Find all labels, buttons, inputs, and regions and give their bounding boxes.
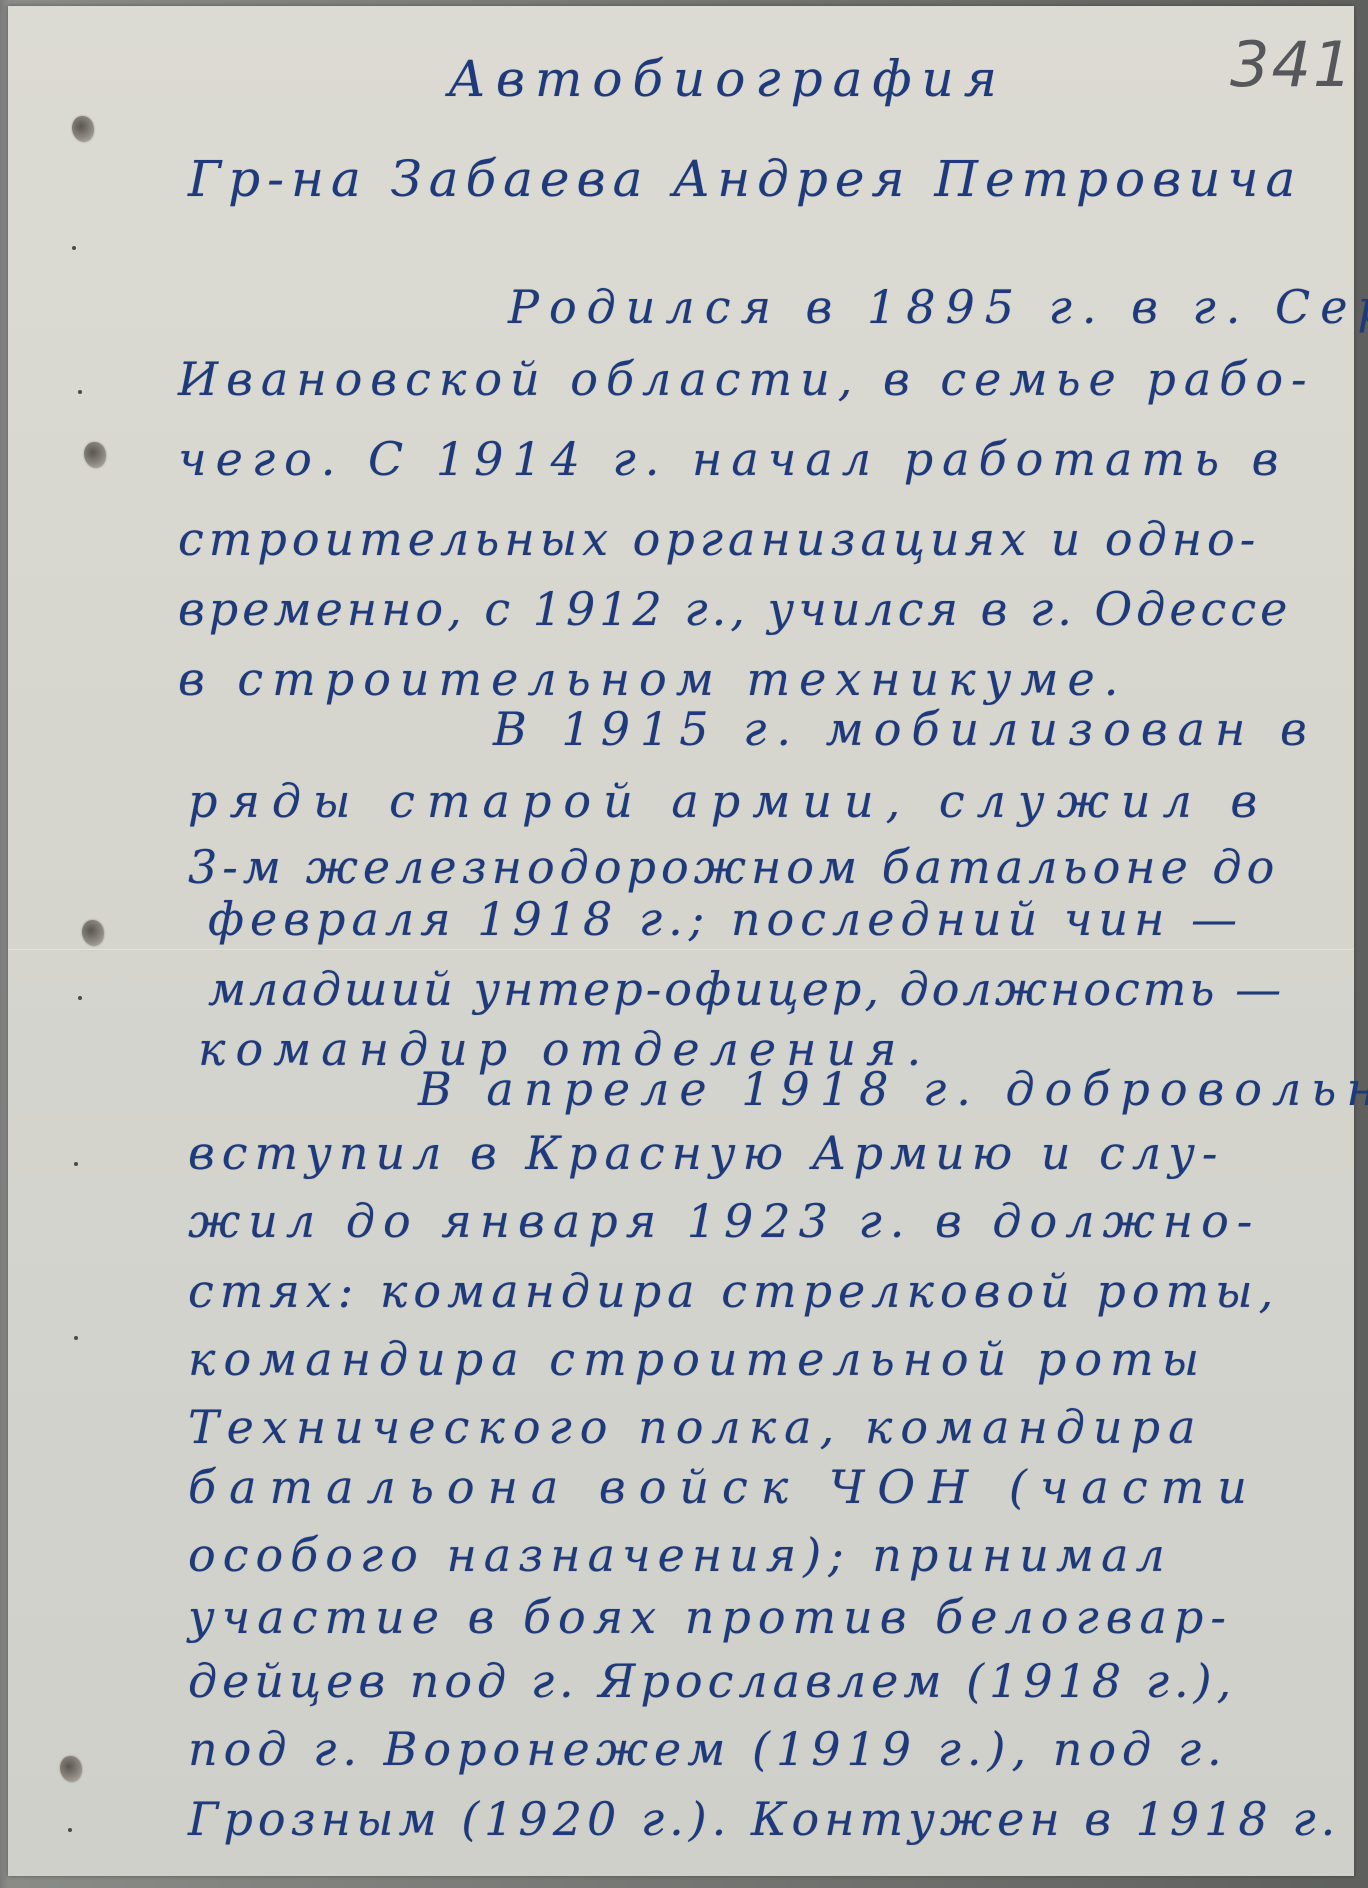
- punch-hole: [84, 442, 106, 468]
- document-title: Автобиография: [448, 54, 1007, 104]
- body-line: батальона войск ЧОН (части: [188, 1464, 1260, 1510]
- body-line: особого назначения); принимал: [188, 1532, 1172, 1578]
- body-line: Технического полка, командира: [188, 1404, 1204, 1450]
- body-line: вступил в Красную Армию и слу-: [188, 1130, 1224, 1176]
- archive-sheet-number: 341: [1230, 34, 1354, 96]
- body-line: Родился в 1895 г. в г. Середе: [508, 284, 1368, 330]
- punch-hole: [82, 920, 104, 946]
- pin-mark: [74, 1162, 78, 1166]
- body-line: В 1915 г. мобилизован в: [493, 706, 1317, 752]
- body-line: Грозным (1920 г.). Контужен в 1918 г.: [188, 1796, 1340, 1842]
- body-line: временно, с 1912 г., учился в г. Одессе: [178, 586, 1291, 632]
- body-line: Ивановской области, в семье рабо-: [178, 356, 1315, 402]
- body-line: 3-м железнодорожном батальоне до: [188, 844, 1279, 890]
- pin-mark: [78, 996, 82, 1000]
- body-line: жил до января 1923 г. в должно-: [188, 1198, 1260, 1244]
- punch-hole: [60, 1756, 82, 1782]
- punch-hole: [72, 116, 94, 142]
- body-line: младший унтер-офицер, должность —: [208, 966, 1284, 1012]
- body-line: командира строительной роты: [188, 1336, 1207, 1382]
- document-subtitle: Гр-на Забаева Андрея Петровича: [188, 154, 1302, 204]
- body-line: стях: командира стрелковой роты,: [188, 1268, 1279, 1314]
- body-line: ряды старой армии, служил в: [188, 778, 1269, 824]
- document-page: 341 Автобиография Гр-на Забаева Андрея П…: [8, 6, 1354, 1876]
- pin-mark: [78, 390, 82, 394]
- body-line: февраля 1918 г.; последний чин —: [208, 896, 1243, 942]
- body-line: В апреле 1918 г. добровольно: [418, 1066, 1368, 1112]
- pin-mark: [72, 246, 76, 250]
- pin-mark: [68, 1828, 72, 1832]
- pin-mark: [74, 1336, 78, 1340]
- body-line: участие в боях против белогвар-: [188, 1594, 1233, 1640]
- body-line: в строительном техникуме.: [178, 656, 1127, 702]
- body-line: под г. Воронежем (1919 г.), под г.: [188, 1726, 1228, 1772]
- body-line: чего. С 1914 г. начал работать в: [178, 436, 1287, 482]
- body-line: строительных организациях и одно-: [178, 516, 1260, 562]
- body-line: дейцев под г. Ярославлем (1918 г.),: [188, 1658, 1236, 1704]
